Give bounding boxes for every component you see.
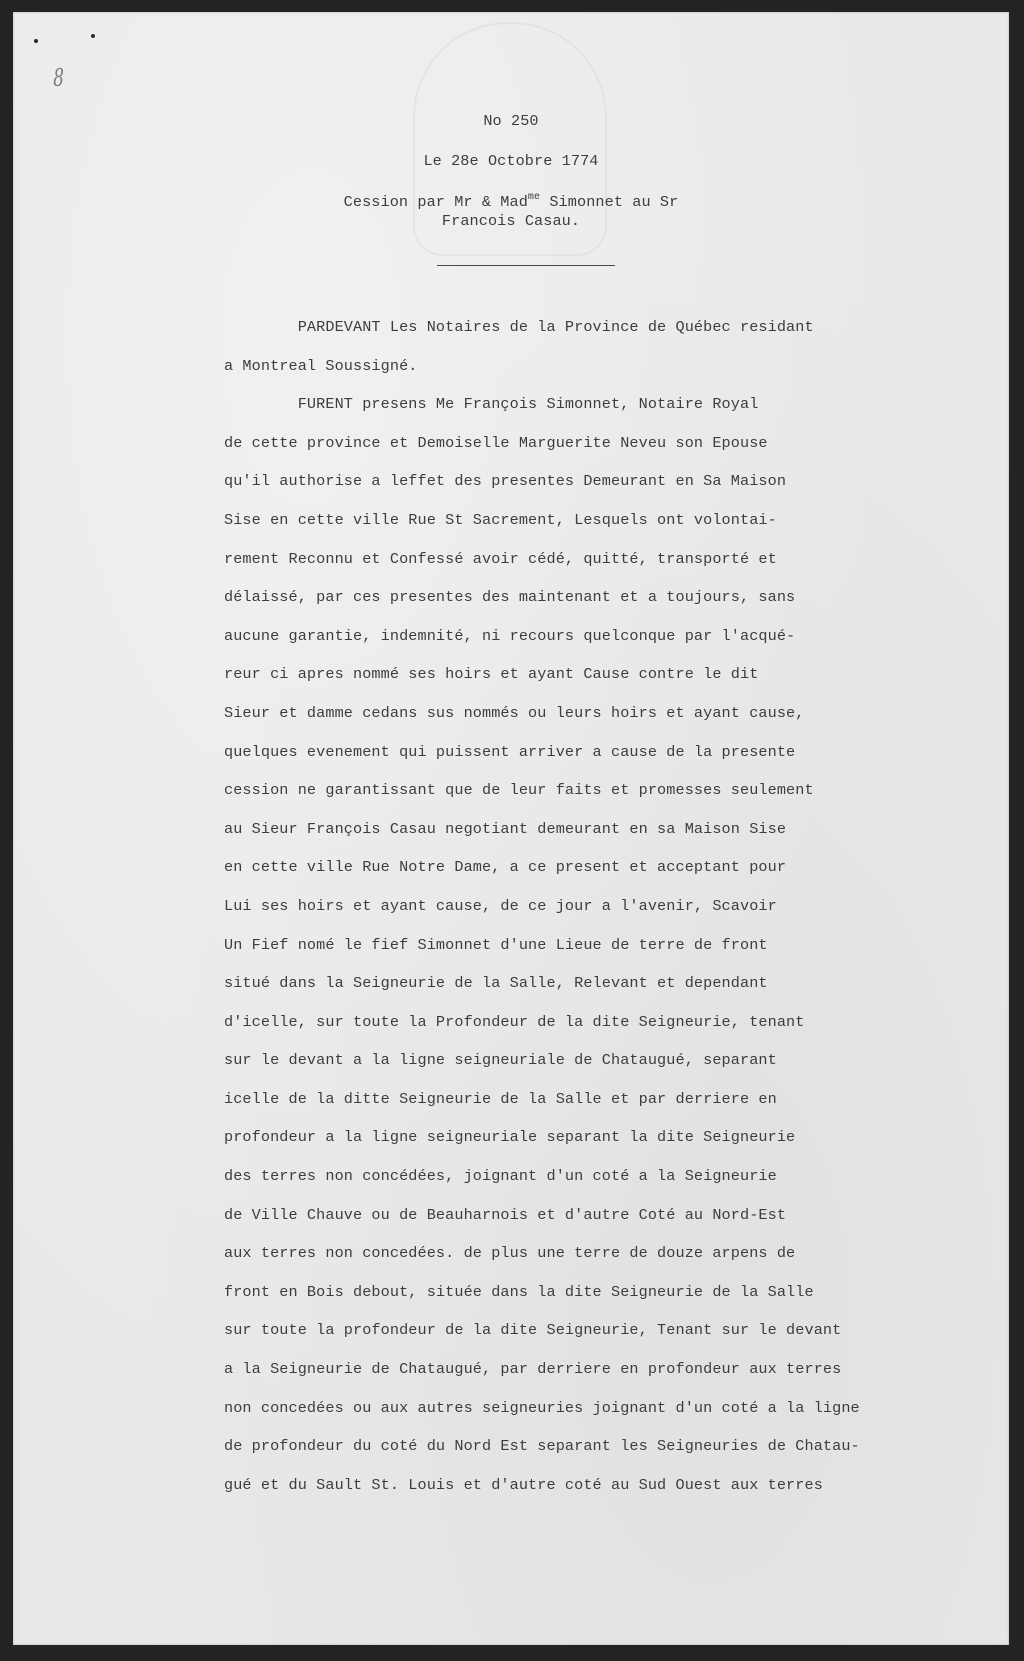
body-line: Lui ses hoirs et ayant cause, de ce jour… (224, 896, 944, 935)
body-line: situé dans la Seigneurie de la Salle, Re… (224, 973, 944, 1012)
body-line: aucune garantie, indemnité, ni recours q… (224, 626, 944, 665)
title-suffix: Simonnet au Sr (540, 193, 678, 211)
body-line: gué et du Sault St. Louis et d'autre cot… (224, 1475, 944, 1514)
body-line: sur le devant a la ligne seigneuriale de… (224, 1050, 944, 1089)
document-title-line-1: Cession par Mr & Madme Simonnet au Sr (13, 192, 1009, 211)
margin-page-number: 8 (53, 64, 64, 92)
body-line: au Sieur François Casau negotiant demeur… (224, 819, 944, 858)
body-line: profondeur a la ligne seigneuriale separ… (224, 1127, 944, 1166)
body-line: des terres non concédées, joignant d'un … (224, 1166, 944, 1205)
ink-dot (91, 34, 95, 38)
body-line: délaissé, par ces presentes des maintena… (224, 587, 944, 626)
document-body: PARDEVANT Les Notaires de la Province de… (224, 317, 944, 1513)
body-line: de profondeur du coté du Nord Est separa… (224, 1436, 944, 1475)
scan-frame: 8 No 250 Le 28e Octobre 1774 Cession par… (0, 0, 1024, 1661)
body-line: rement Reconnu et Confessé avoir cédé, q… (224, 549, 944, 588)
body-line: Sise en cette ville Rue St Sacrement, Le… (224, 510, 944, 549)
body-line: reur ci apres nommé ses hoirs et ayant C… (224, 664, 944, 703)
body-line: a la Seigneurie de Chataugué, par derrie… (224, 1359, 944, 1398)
title-divider (437, 265, 615, 267)
body-line: Sieur et damme cedans sus nommés ou leur… (224, 703, 944, 742)
body-line: de Ville Chauve ou de Beauharnois et d'a… (224, 1205, 944, 1244)
ink-dot (34, 39, 38, 43)
body-line: non concedées ou aux autres seigneuries … (224, 1398, 944, 1437)
body-line: a Montreal Soussigné. (224, 356, 944, 395)
body-line: icelle de la ditte Seigneurie de la Sall… (224, 1089, 944, 1128)
title-superscript: me (528, 192, 540, 203)
body-line: qu'il authorise a leffet des presentes D… (224, 471, 944, 510)
body-line: PARDEVANT Les Notaires de la Province de… (224, 317, 944, 356)
body-line: Un Fief nomé le fief Simonnet d'une Lieu… (224, 935, 944, 974)
body-line: sur toute la profondeur de la dite Seign… (224, 1320, 944, 1359)
document-number: No 250 (13, 112, 1009, 130)
body-line: d'icelle, sur toute la Profondeur de la … (224, 1012, 944, 1051)
document-date: Le 28e Octobre 1774 (13, 152, 1009, 170)
body-line: FURENT presens Me François Simonnet, Not… (224, 394, 944, 433)
body-line: de cette province et Demoiselle Margueri… (224, 433, 944, 472)
document-page: 8 No 250 Le 28e Octobre 1774 Cession par… (13, 12, 1009, 1645)
body-line: aux terres non concedées. de plus une te… (224, 1243, 944, 1282)
body-line: quelques evenement qui puissent arriver … (224, 742, 944, 781)
document-title-line-2: Francois Casau. (13, 212, 1009, 230)
body-line: en cette ville Rue Notre Dame, a ce pres… (224, 857, 944, 896)
body-line: cession ne garantissant que de leur fait… (224, 780, 944, 819)
body-line: front en Bois debout, située dans la dit… (224, 1282, 944, 1321)
title-prefix: Cession par Mr & Mad (344, 193, 528, 211)
